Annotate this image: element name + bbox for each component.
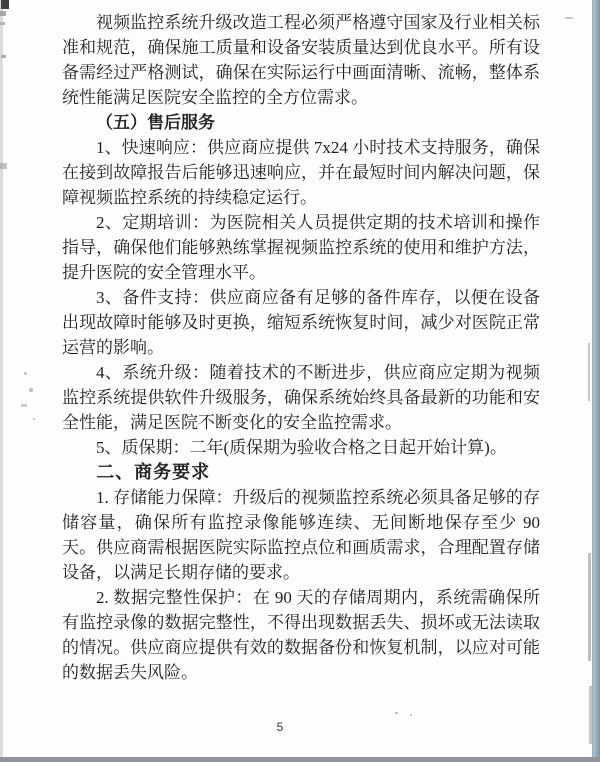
document-body: 视频监控系统升级改造工程必须严格遵守国家及行业相关标准和规范，确保施工质量和设备…: [62, 10, 540, 685]
scan-speckle: [21, 404, 27, 407]
scan-speckle: [410, 714, 412, 716]
body-paragraph-quick-response: 1、快速响应：供应商应提供 7x24 小时技术支持服务，确保在接到故障报告后能够…: [62, 135, 540, 210]
scan-smudge: [0, 22, 5, 25]
scan-edge-right: [592, 0, 600, 762]
scan-speckle: [24, 372, 27, 375]
scan-speckle: [395, 712, 398, 714]
scan-smudge: [0, 163, 7, 169]
scan-smudge: [0, 11, 6, 16]
body-paragraph-training: 2、定期培训：为医院相关人员提供定期的技术培训和操作指导，确保他们能够熟练掌握视…: [62, 210, 540, 285]
body-paragraph-system-upgrade: 4、系统升级：随着技术的不断进步，供应商应定期为视频监控系统提供软件升级服务，确…: [62, 360, 540, 435]
scanned-page: 视频监控系统升级改造工程必须严格遵守国家及行业相关标准和规范，确保施工质量和设备…: [0, 0, 600, 762]
body-paragraph-storage: 1. 存储能力保障：升级后的视频监控系统必须具备足够的存储容量，确保所有监控录像…: [62, 485, 540, 585]
body-paragraph: 视频监控系统升级改造工程必须严格遵守国家及行业相关标准和规范，确保施工质量和设备…: [62, 10, 540, 110]
body-paragraph-data-integrity: 2. 数据完整性保护：在 90 天的存储周期内，系统需确保所有监控录像的数据完整…: [62, 585, 540, 685]
scan-speckle: [29, 388, 33, 392]
page-number: 5: [270, 720, 290, 734]
scan-smudge: [1, 0, 9, 9]
scan-edge-bottom: [0, 757, 600, 762]
scan-streak: [588, 343, 590, 401]
body-paragraph-spare-parts: 3、备件支持：供应商应备有足够的备件库存，以便在设备出现故障时能够及时更换，缩短…: [62, 285, 540, 360]
scan-smudge: [1, 55, 6, 58]
section-heading-after-sales: （五）售后服务: [62, 110, 540, 135]
scan-edge-left: [0, 0, 3, 762]
section-heading-business: 二、商务要求: [62, 460, 540, 485]
scan-speckle: [33, 418, 35, 420]
scan-speckle: [565, 17, 573, 19]
scan-streak: [588, 553, 591, 661]
body-paragraph-warranty: 5、质保期：二年(质保期为验收合格之日起开始计算)。: [62, 435, 540, 460]
